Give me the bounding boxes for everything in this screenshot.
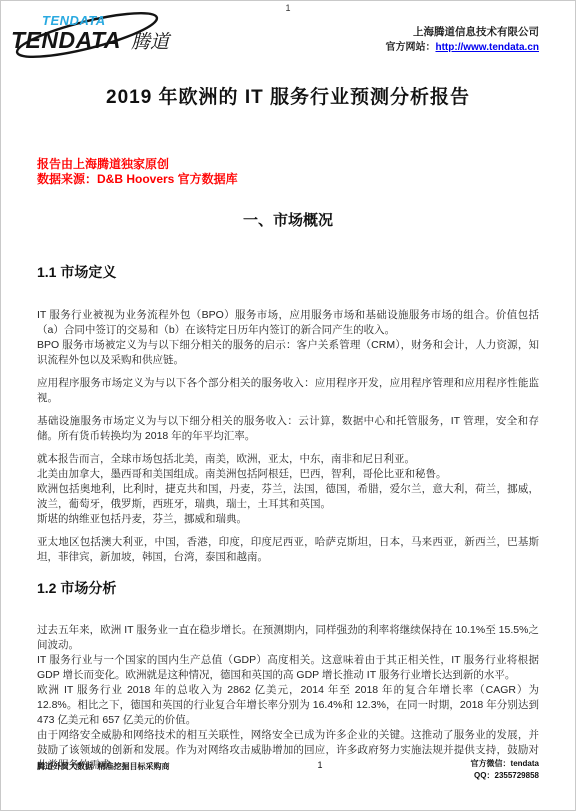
subsection-1-2-heading: 1.2 市场分析 (37, 579, 539, 598)
paragraph-block: IT 服务行业被视为业务流程外包（BPO）服务市场，应用服务市场和基础设施服务市… (37, 308, 539, 368)
logo-brand-small: TENDATA (42, 13, 106, 28)
paragraph-block: 就本报告而言，全球市场包括北美，南美，欧洲，亚太，中东，南非和尼日利亚。 北美由… (37, 452, 539, 527)
section-heading: 一、市场概况 (37, 211, 539, 231)
paragraph: 欧洲 IT 服务行业 2018 年的总收入为 2862 亿美元，2014 年至 … (37, 683, 539, 728)
paragraph: IT 服务行业被视为业务流程外包（BPO）服务市场，应用服务市场和基础设施服务市… (37, 308, 539, 338)
paragraph: 基础设施服务市场定义为与以下细分相关的服务收入：云计算，数据中心和托管服务，IT… (37, 414, 539, 444)
paragraph: 过去五年来，欧洲 IT 服务业一直在稳步增长。在预测期内，同样强劲的利率将继续保… (37, 623, 539, 653)
paragraph-block: 基础设施服务市场定义为与以下细分相关的服务收入：云计算，数据中心和托管服务，IT… (37, 414, 539, 444)
company-name: 上海腾道信息技术有限公司 (385, 25, 539, 40)
page-footer: 腾道外贸大数据 精准挖掘目标采购商 1 官方微信：tendata QQ：2355… (37, 758, 539, 782)
paragraph: 亚太地区包括澳大利亚，中国，香港，印度，印度尼西亚，哈萨克斯坦，日本，马来西亚，… (37, 535, 539, 565)
tendata-logo: TENDATA TENDATA 腾道 (9, 7, 181, 65)
paragraph: 就本报告而言，全球市场包括北美，南美，欧洲，亚太，中东，南非和尼日利亚。 (37, 452, 539, 467)
paragraph: 斯堪的纳维亚包括丹麦，芬兰，挪威和瑞典。 (37, 512, 539, 527)
footer-qq: QQ：2355729858 (471, 770, 539, 782)
report-title: 2019 年欧洲的 IT 服务行业预测分析报告 (37, 85, 539, 111)
notice-origin: 报告由上海腾道独家原创 (37, 157, 539, 172)
report-page: 1 TENDATA TENDATA 腾道 上海腾道信息技术有限公司 官方网站：h… (0, 0, 576, 811)
page-number-bottom: 1 (317, 758, 322, 770)
footer-wechat: 官方微信：tendata (471, 758, 539, 770)
paragraph: 应用程序服务市场定义为与以下各个部分相关的服务收入：应用程序开发，应用程序管理和… (37, 376, 539, 406)
website-link[interactable]: http://www.tendata.cn (435, 42, 539, 53)
paragraph-block: 亚太地区包括澳大利亚，中国，香港，印度，印度尼西亚，哈萨克斯坦，日本，马来西亚，… (37, 535, 539, 565)
company-info: 上海腾道信息技术有限公司 官方网站：http://www.tendata.cn (385, 25, 539, 55)
paragraph: BPO 服务市场被定义为与以下细分相关的服务的启示：客户关系管理（CRM），财务… (37, 338, 539, 368)
logo-brand-large: TENDATA (11, 27, 121, 53)
notice-source: 数据来源：D&B Hoovers 官方数据库 (37, 172, 539, 187)
paragraph-block: 应用程序服务市场定义为与以下各个部分相关的服务收入：应用程序开发，应用程序管理和… (37, 376, 539, 406)
website-label: 官方网站： (385, 42, 435, 53)
subsection-1-1-body: IT 服务行业被视为业务流程外包（BPO）服务市场，应用服务市场和基础设施服务市… (37, 308, 539, 565)
logo-brand-cn: 腾道 (131, 32, 172, 53)
paragraph-block: 过去五年来，欧洲 IT 服务业一直在稳步增长。在预测期内，同样强劲的利率将继续保… (37, 623, 539, 773)
footer-contact: 官方微信：tendata QQ：2355729858 (471, 758, 539, 782)
paragraph: IT 服务行业与一个国家的国内生产总值（GDP）高度相关。这意味着由于其正相关性… (37, 653, 539, 683)
subsection-1-2-body: 过去五年来，欧洲 IT 服务业一直在稳步增长。在预测期内，同样强劲的利率将继续保… (37, 623, 539, 773)
notice-block: 报告由上海腾道独家原创 数据来源：D&B Hoovers 官方数据库 (37, 157, 539, 187)
paragraph: 北美由加拿大，墨西哥和美国组成。南美洲包括阿根廷，巴西，智利，哥伦比亚和秘鲁。 (37, 467, 539, 482)
footer-tagline: 腾道外贸大数据 精准挖掘目标采购商 (37, 758, 169, 772)
paragraph: 欧洲包括奥地利，比利时，捷克共和国，丹麦，芬兰，法国，德国，希腊，爱尔兰，意大利… (37, 482, 539, 512)
subsection-1-1-heading: 1.1 市场定义 (37, 263, 539, 282)
